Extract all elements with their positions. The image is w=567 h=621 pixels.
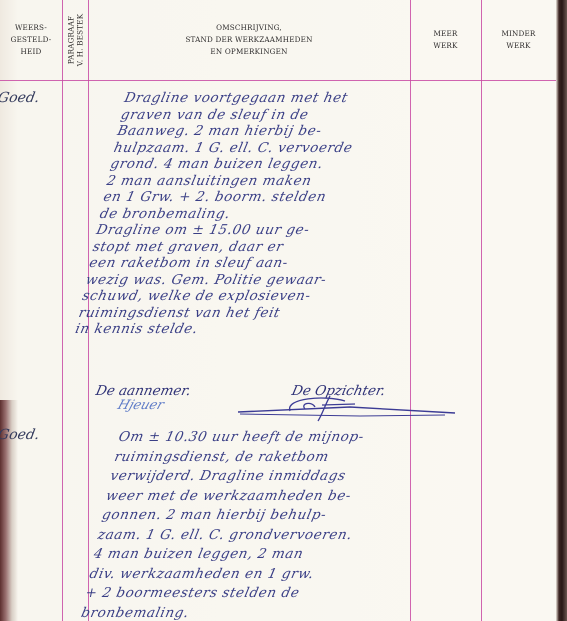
header-text: STAND DER WERKZAAMHEDEN (185, 34, 312, 46)
contractor-label: De aannemer. (94, 383, 192, 399)
header-text: WEERS- (11, 22, 52, 34)
header-paragraaf-text: PARAGRAAF V. H. BESTEK (66, 14, 84, 67)
column-rule (62, 0, 63, 621)
entry-line: div. werkzaamheden en 1 grw. (88, 565, 346, 585)
entry-text: Om ± 10.30 uur heeft de mijnop-ruimingsd… (79, 428, 375, 621)
supervisor-signature (230, 393, 460, 423)
weather-entry: Goed. (0, 427, 41, 443)
entry-line: bronbemaling. (79, 604, 337, 621)
column-rule (410, 0, 411, 621)
entry-line: een raketbom in sleuf aan- (88, 255, 332, 272)
entry-line: ruimingsdienst, de raketbom (112, 448, 370, 468)
entry-line: Dragline voortgegaan met het (123, 90, 367, 107)
entry-line: Baanweg. 2 man hierbij be- (116, 123, 360, 140)
header-text: MINDER (501, 28, 535, 40)
entry-line: verwijderd. Dragline inmiddags (108, 467, 366, 487)
header-text: HEID (11, 46, 52, 58)
entry-line: grond. 4 man buizen leggen. (109, 156, 353, 173)
entry-line: + 2 boormeesters stelden de (83, 584, 341, 604)
entry-line: de bronbemaling. (98, 206, 342, 223)
entry-line: en 1 Grw. + 2. boorm. stelden (102, 189, 346, 206)
header-text: PARAGRAAF (66, 14, 75, 67)
entry-line: 4 man buizen leggen, 2 man (92, 545, 350, 565)
entry-line: schuwd, welke de explosieven- (81, 288, 325, 305)
header-text: V. H. BESTEK (75, 14, 84, 67)
entry-line: weer met de werkzaamheden be- (104, 487, 362, 507)
header-text: OMSCHRIJVING, (185, 22, 312, 34)
header-weersgesteldheid: WEERS- GESTELD- HEID (0, 0, 62, 80)
entry-line: zaam. 1 G. ell. C. grondvervoeren. (96, 526, 354, 546)
entry-line: ruimingsdienst van het feit (77, 305, 321, 322)
header-text: WERK (433, 40, 457, 52)
weather-entry: Goed. (0, 90, 41, 106)
entry-line: Dragline om ± 15.00 uur ge- (95, 222, 339, 239)
entry-line: wezig was. Gem. Politie gewaar- (84, 272, 328, 289)
header-text: GESTELD- (11, 34, 52, 46)
entry-text: Dragline voortgegaan met hetgraven van d… (74, 90, 367, 338)
entry-line: in kennis stelde. (74, 321, 318, 338)
logbook-page: WEERS- GESTELD- HEID PARAGRAAF V. H. BES… (0, 0, 556, 621)
header-text: WERK (501, 40, 535, 52)
entry-line: stopt met graven, daar er (91, 239, 335, 256)
entry-line: hulpzaam. 1 G. ell. C. vervoerde (112, 140, 356, 157)
entry-line: graven van de sleuf in de (119, 107, 363, 124)
page-edge (556, 0, 567, 621)
entry-line: Om ± 10.30 uur heeft de mijnop- (117, 428, 375, 448)
header-text: EN OPMERKINGEN (185, 46, 312, 58)
column-rule (481, 0, 482, 621)
header-meer-werk: MEER WERK (410, 0, 481, 80)
header-rule (0, 80, 556, 81)
header-minder-werk: MINDER WERK (481, 0, 556, 80)
header-omschrijving: OMSCHRIJVING, STAND DER WERKZAAMHEDEN EN… (88, 0, 410, 80)
header-paragraaf: PARAGRAAF V. H. BESTEK (62, 0, 88, 80)
entry-line: 2 man aansluitingen maken (105, 173, 349, 190)
contractor-signature: Hjeuer (116, 398, 166, 413)
header-text: MEER (433, 28, 457, 40)
entry-line: gonnen. 2 man hierbij behulp- (100, 506, 358, 526)
